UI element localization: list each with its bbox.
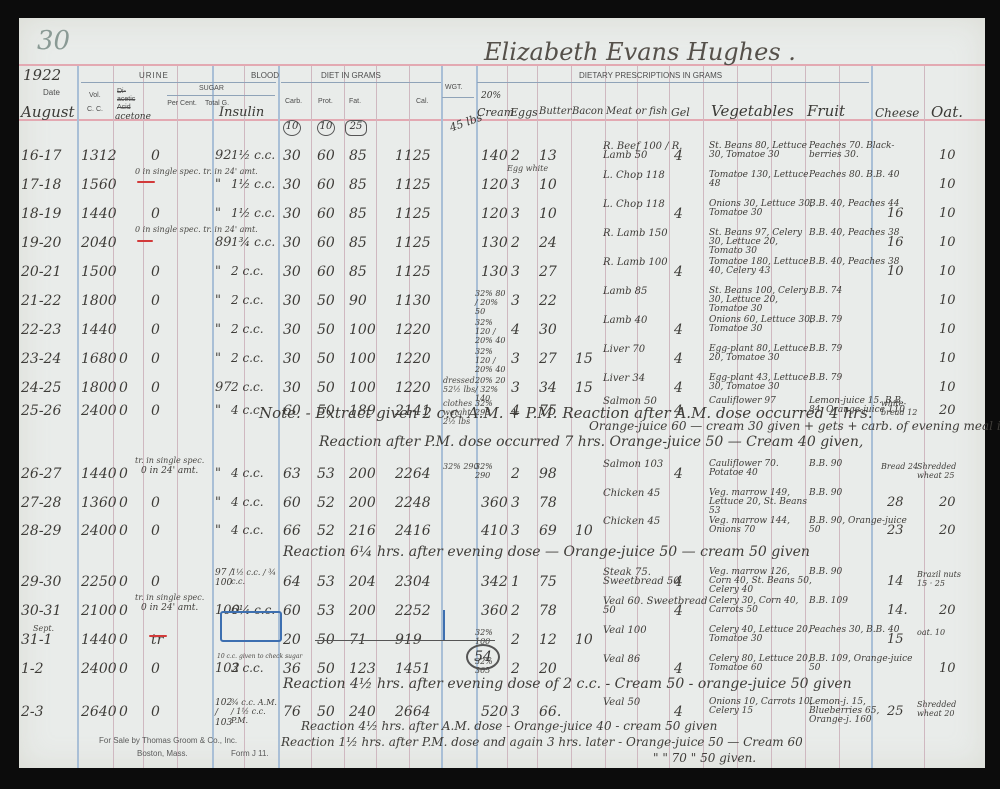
cell-vol: 2100 [81, 603, 117, 619]
cell-butter: 20 [539, 661, 557, 677]
cell-cream: 130 [481, 264, 508, 280]
cell-meat: Chicken 45 [603, 517, 660, 526]
header-butter: Butter [539, 106, 572, 117]
cell-insulin: 4 c.c. [231, 466, 264, 480]
note-2: Reaction after P.M. dose occurred 7 hrs.… [319, 434, 863, 450]
cell-vol: 1440 [81, 322, 117, 338]
cell-insulin: 2 c.c. [231, 380, 264, 394]
cell-meat: Veal 100 [603, 626, 647, 635]
cell-cal: 2248 [395, 495, 431, 511]
cell-prot: 60 [317, 177, 335, 193]
table-row: 30-31210000 in 24' amt.1006¼ c.c.6053200… [19, 603, 985, 625]
cell-meat: R. Lamb 100 [603, 258, 668, 267]
circled-weight: 54 [466, 644, 500, 670]
header-urine: URINE [139, 71, 169, 80]
header-dietary: DIETARY PRESCRIPTIONS IN GRAMS [579, 71, 722, 80]
cell-sugar: 0 [151, 403, 160, 419]
header-carb: Carb. [285, 98, 302, 105]
year: 1922 [23, 66, 61, 84]
header-eggs: Eggs [510, 106, 538, 119]
cell-veg: Celery 40, Lettuce 20, Tomatoe 30 [709, 626, 814, 644]
cell-butter: 78 [539, 495, 557, 511]
cell-vol: 1312 [81, 148, 117, 164]
cell-vol: 1440 [81, 632, 117, 648]
cell-acetone: 0 [119, 523, 128, 539]
cell-oat: 20 [939, 603, 956, 618]
cell-gel: 4 [674, 148, 683, 164]
cell-blood: 89 [215, 235, 232, 250]
cell-prot: 50 [317, 322, 335, 338]
cell-fat: 200 [349, 603, 376, 619]
cell-vol: 2400 [81, 661, 117, 677]
cell-fruit: B.B. 90 [809, 568, 842, 577]
cell-fruit: B.B. 40, Peaches 38 [809, 258, 899, 267]
patient-name: Elizabeth Evans Hughes . [484, 38, 796, 66]
cell-oat: 10 [939, 351, 956, 366]
cell-carb: 30 [283, 351, 301, 367]
cell-cream: 342 [481, 574, 508, 590]
table-row: 20-2115000"2 c.c.3060851125130327R. Lamb… [19, 264, 985, 286]
cell-cal: 1451 [395, 661, 431, 677]
cell-blood: " [215, 403, 221, 418]
cell-butter: 27 [539, 264, 557, 280]
cell-insulin: 2 c.c. [231, 351, 264, 365]
cell-carb: 63 [283, 466, 301, 482]
cell-prot: 60 [317, 235, 335, 251]
cell-eggs: 4 [511, 322, 520, 338]
cell-prot: 52 [317, 495, 335, 511]
circled-fat: 25 [345, 120, 367, 136]
cell-vol: 2640 [81, 704, 117, 720]
cell-oat: 20 [939, 523, 956, 538]
cell-insulin: 1¾ c.c. [231, 235, 275, 249]
cell-cream: 120 [481, 206, 508, 222]
red-underline [149, 635, 167, 637]
cell-prot: 60 [317, 206, 335, 222]
cell-meat: Veal 60. Sweetbread 50 [603, 597, 708, 615]
cell-cal: 1125 [395, 206, 431, 222]
cell-blood: " [215, 351, 221, 366]
header-cal: Cal. [416, 98, 428, 105]
cell-cream: 32% 80 / 20% 50 [475, 289, 509, 316]
cell-insulin: 1½ c.c. [231, 177, 275, 191]
cell-prot: 52 [317, 523, 335, 539]
cell-blood: " [215, 293, 221, 308]
cell-vol: 1440 [81, 466, 117, 482]
cell-blood: " [215, 495, 221, 510]
cell-cheese: 16 [887, 235, 904, 250]
cell-date: 24-25 [21, 380, 61, 396]
cell-fat: 85 [349, 148, 367, 164]
cell-insulin: 1½ c.c. [231, 148, 275, 162]
header-diet: DIET IN GRAMS [321, 71, 381, 80]
cell-gel: 4 [674, 704, 683, 720]
cell-eggs: 2 [511, 632, 520, 648]
cell-acetone: 0 [119, 704, 128, 720]
page-number: 30 [37, 26, 70, 56]
weight-note: 32% 290 [443, 462, 479, 471]
cell-oat: 10 [939, 235, 956, 250]
cell-butter: 10 [539, 177, 557, 193]
cell-insulin: 4 c.c. [231, 523, 264, 537]
cell-bacon: 10 [575, 523, 593, 539]
cell-insulin: 1½ c.c. [231, 206, 275, 220]
cell-carb: 36 [283, 661, 301, 677]
cell-veg: Tomatoe 180, Lettuce 40, Celery 43 [709, 258, 814, 276]
cell-eggs: 2 [511, 235, 520, 251]
header-wgt: WGT. [445, 84, 463, 91]
cell-meat: R. Beef 100 / R. Lamb 50 [603, 142, 708, 160]
header-cream-pct: 20% [481, 91, 501, 101]
cell-sugar: 0 [151, 380, 160, 396]
cell-carb: 30 [283, 293, 301, 309]
cell-butter: 69 [539, 523, 557, 539]
cell-eggs: 3 [511, 523, 520, 539]
cell-carb: 30 [283, 177, 301, 193]
cell-meat: L. Chop 118 [603, 171, 665, 180]
cell-butter: 12 [539, 632, 557, 648]
header-cream: Cream [477, 106, 514, 119]
cell-cheese: 10 [887, 264, 904, 279]
cell-prot: 50 [317, 293, 335, 309]
cell-carb: 30 [283, 148, 301, 164]
cell-fruit: B.B. 90 [809, 489, 842, 498]
cell-fruit: B.B. 109 [809, 597, 848, 606]
cell-date: 18-19 [21, 206, 61, 222]
cell-date: 30-31 [21, 603, 61, 619]
cell-meat: Liver 70 [603, 345, 645, 354]
cell-oat: 10 [939, 293, 956, 308]
header-diacetic: Di-acetic Acid [117, 88, 143, 112]
cell-veg: Veg. marrow 144, Onions 70 [709, 517, 814, 535]
cell-cheese: white-bread 12 [881, 399, 921, 417]
cell-oat: 10 [939, 661, 956, 676]
cell-fat: 85 [349, 264, 367, 280]
cell-oat: 10 [939, 322, 956, 337]
header-insulin: Insulin [219, 105, 264, 120]
footer-city: Boston, Mass. [137, 749, 188, 758]
cell-cal: 2304 [395, 574, 431, 590]
cell-cream: 360 [481, 603, 508, 619]
note-1b: Orange-juice 60 — cream 30 given + gets … [589, 419, 1000, 433]
cell-oat: 20 [939, 403, 956, 418]
cell-sugar: 0 [151, 264, 160, 280]
cell-prot: 50 [317, 661, 335, 677]
cell-cal: 1220 [395, 322, 431, 338]
cell-eggs: 2 [511, 603, 520, 619]
cell-gel: 4 [674, 380, 683, 396]
cell-meat: Liver 34 [603, 374, 645, 383]
cell-eggs: 2 [511, 148, 520, 164]
cell-blood: 97 [215, 380, 232, 395]
footer-form: Form J 11. [231, 749, 269, 758]
cell-fruit: B.B. 90 [809, 460, 842, 469]
cell-vol: 2400 [81, 403, 117, 419]
cell-veg: Celery 80, Lettuce 20, Tomatoe 60 [709, 655, 814, 673]
cell-acetone: 0 [119, 380, 128, 396]
cell-cream: 32% 290 [475, 462, 509, 480]
header-bacon: Bacon [572, 106, 603, 117]
cell-eggs: 2 [511, 466, 520, 482]
header-cc: C. C. [87, 106, 103, 113]
cell-date: 17-18 [21, 177, 61, 193]
cell-oat: 10 [939, 206, 956, 221]
cell-fruit: B.B. 40, Peaches 44 [809, 200, 899, 209]
cell-acetone: 0 [119, 574, 128, 590]
cell-vol: 2400 [81, 523, 117, 539]
cell-bacon: 15 [575, 380, 593, 396]
cell-fruit: Peaches 30, B.B. 40 [809, 626, 899, 635]
cell-butter: 10 [539, 206, 557, 222]
cell-carb: 30 [283, 264, 301, 280]
cell-cream: 32% 120 / 20% 40 [475, 318, 509, 345]
cell-cheese: 14. [887, 603, 908, 618]
cell-cream: 120 [481, 177, 508, 193]
cell-fruit: B.B. 79 [809, 374, 842, 383]
cell-sugar: 0 [151, 148, 160, 164]
cell-cheese: Bread 24 [881, 462, 921, 471]
note-4: Reaction 4½ hrs. after evening dose of 2… [283, 676, 852, 692]
cell-vol: 1800 [81, 293, 117, 309]
cell-veg: Egg-plant 80, Lettuce 20, Tomatoe 30 [709, 345, 814, 363]
cell-vol: 1360 [81, 495, 117, 511]
cell-eggs: 3 [511, 495, 520, 511]
cell-cheese: 14 [887, 574, 904, 589]
cell-eggs: 3 [511, 177, 520, 193]
cell-prot: 60 [317, 264, 335, 280]
cell-oat: 10 [939, 177, 956, 192]
cell-blood: " [215, 264, 221, 279]
cell-gel: 4 [674, 574, 683, 590]
cell-vol: 2250 [81, 574, 117, 590]
cell-sugar: 0 [151, 574, 160, 590]
date-note: Sept. [33, 624, 54, 633]
cell-meat: Salmon 103 [603, 460, 663, 469]
cell-insulin: 2 c.c. [231, 322, 264, 336]
cell-oat: 10 [939, 148, 956, 163]
cell-fruit: B.B. 109, Orange-juice 50 [809, 655, 914, 673]
header-sugar: SUGAR [199, 85, 224, 92]
cell-date: 21-22 [21, 293, 61, 309]
cell-blood: " [215, 466, 221, 481]
cell-oat: Brazil nuts 15 · 25 [917, 570, 961, 588]
cell-sugar: 0 [151, 293, 160, 309]
sugar-note: tr. in single spec. [135, 593, 204, 602]
cell-gel: 4 [674, 322, 683, 338]
cell-carb: 64 [283, 574, 301, 590]
table-row: 28-29240000"4 c.c.6652216241641036910Chi… [19, 523, 985, 545]
cell-veg: Egg-plant 43, Lettuce 30, Tomatoe 30 [709, 374, 814, 392]
cell-cream: 130 [481, 235, 508, 251]
cell-sugar: 0 in 24' amt. [141, 603, 198, 613]
cell-cream: 32% 120 / 20% 40 [475, 347, 509, 374]
cell-date: 23-24 [21, 351, 61, 367]
cell-insulin: 4 c.c. [231, 495, 264, 509]
cell-cal: 2264 [395, 466, 431, 482]
cell-vol: 1500 [81, 264, 117, 280]
cell-date: 20-21 [21, 264, 61, 280]
cell-sugar: 0 [151, 661, 160, 677]
cell-date: 22-23 [21, 322, 61, 338]
header-vol: Vol. [89, 92, 101, 99]
cell-cal: 1125 [395, 148, 431, 164]
cell-veg: Onions 30, Lettuce 30, Tomatoe 30 [709, 200, 814, 218]
cell-butter: 27 [539, 351, 557, 367]
cell-sugar: 0 in 24' amt. [141, 466, 198, 476]
month: August [21, 103, 74, 121]
cell-butter: 75 [539, 574, 557, 590]
cell-insulin: 1½ c.c. / ¾ c.c. [231, 568, 277, 586]
red-underline [137, 181, 155, 183]
cell-fruit: B.B. 74 [809, 287, 842, 296]
red-underline [137, 240, 153, 242]
cell-carb: 76 [283, 704, 301, 720]
cell-fruit: B.B. 40, Peaches 38 [809, 229, 899, 238]
cell-fat: 123 [349, 661, 376, 677]
note-3: Reaction 6¼ hrs. after evening dose — Or… [283, 544, 810, 560]
cell-meat: Steak 75. Sweetbread 50 [603, 568, 708, 586]
cell-cheese: 16 [887, 206, 904, 221]
cell-cal: 1220 [395, 380, 431, 396]
cell-veg: Celery 30, Corn 40, Carrots 50 [709, 597, 814, 615]
cell-carb: 30 [283, 380, 301, 396]
cell-butter: 34 [539, 380, 557, 396]
cell-fat: 200 [349, 495, 376, 511]
cell-meat: R. Lamb 150 [603, 229, 668, 238]
header-cheese: Cheese [875, 106, 919, 120]
cell-date: 16-17 [21, 148, 61, 164]
cell-acetone: 0 [119, 603, 128, 619]
cell-oat: 10 [939, 264, 956, 279]
cell-eggs: 3 [511, 206, 520, 222]
cell-carb: 66 [283, 523, 301, 539]
cell-oat: Shredded wheat 20 [917, 700, 961, 718]
cell-acetone: 0 [119, 351, 128, 367]
cell-cream: 410 [481, 523, 508, 539]
cell-cal: 2664 [395, 704, 431, 720]
egg-note: Egg white [507, 164, 548, 173]
header-vegetables: Vegetables [711, 102, 794, 120]
cell-meat: Veal 50 [603, 698, 640, 707]
cell-blood: " [215, 322, 221, 337]
cell-eggs: 2 [511, 661, 520, 677]
cell-blood: " [215, 177, 221, 192]
cell-vol: 1440 [81, 206, 117, 222]
cell-insulin: 3 c.c. [231, 661, 264, 675]
cell-acetone: 0 [119, 466, 128, 482]
cell-carb: 30 [283, 322, 301, 338]
cell-cal: 2416 [395, 523, 431, 539]
cell-butter: 13 [539, 148, 557, 164]
cell-fat: 240 [349, 704, 376, 720]
cell-prot: 50 [317, 380, 335, 396]
cell-fat: 85 [349, 235, 367, 251]
cell-prot: 50 [317, 351, 335, 367]
cell-date: 27-28 [21, 495, 61, 511]
cell-butter: 30 [539, 322, 557, 338]
cell-veg: Cauliflower 70. Potatoe 40 [709, 460, 814, 478]
cell-fruit: Peaches 80. B.B. 40 [809, 171, 899, 180]
cell-gel: 4 [674, 351, 683, 367]
cell-cream: 520 [481, 704, 508, 720]
table-row: 17-181560"1½ c.c.3060851125120310L. Chop… [19, 177, 985, 199]
cell-fruit: Peaches 70. Black-berries 30. [809, 142, 914, 160]
note-6: Reaction 1½ hrs. after P.M. dose and aga… [281, 735, 803, 749]
circled-prot: 10 [317, 120, 335, 136]
cell-date: 28-29 [21, 523, 61, 539]
cell-butter: 78 [539, 603, 557, 619]
header-prot: Prot. [318, 98, 333, 105]
cell-cal: 1125 [395, 264, 431, 280]
cell-vol: 1560 [81, 177, 117, 193]
cell-sugar: 0 [151, 351, 160, 367]
cell-veg: Veg. marrow 149, Lettuce 20, St. Beans 5… [709, 489, 814, 516]
cell-blood: " [215, 523, 221, 538]
cell-oat: Shredded wheat 25 [917, 462, 961, 480]
cell-vol: 1800 [81, 380, 117, 396]
cell-gel: 4 [674, 466, 683, 482]
cell-veg: Veg. marrow 126, Corn 40, St. Beans 50, … [709, 568, 814, 595]
cell-carb: 20 [283, 632, 301, 648]
cell-eggs: 3 [511, 264, 520, 280]
cell-butter: 24 [539, 235, 557, 251]
header-oat: Oat. [931, 103, 963, 121]
cell-prot: 53 [317, 466, 335, 482]
cell-meat: Lamb 40 [603, 316, 647, 325]
cell-sugar: 0 [151, 322, 160, 338]
cell-sugar: 0 [151, 523, 160, 539]
cell-date: 2-3 [21, 704, 44, 720]
cell-eggs: 3 [511, 380, 520, 396]
cell-vol: 2040 [81, 235, 117, 251]
cell-eggs: 1 [511, 574, 520, 590]
cell-sugar: 0 [151, 704, 160, 720]
blue-box-marking [220, 611, 282, 642]
cell-gel: 4 [674, 206, 683, 222]
cell-cal: 1130 [395, 293, 431, 309]
header-fat: Fat. [349, 98, 361, 105]
cell-fruit: B.B. 79 [809, 345, 842, 354]
cell-veg: Onions 10, Carrots 10, Celery 15 [709, 698, 814, 716]
record-sheet: 30 Elizabeth Evans Hughes . 1922 Date Au… [19, 18, 985, 768]
cell-date: 29-30 [21, 574, 61, 590]
table-row: 22-2314400"2 c.c.3050100122032% 120 / 20… [19, 322, 985, 344]
cell-cream: 140 [481, 148, 508, 164]
table-row: 19-202040891¾ c.c.3060851125130224R. Lam… [19, 235, 985, 257]
cell-fat: 100 [349, 380, 376, 396]
cell-meat: Veal 86 [603, 655, 640, 664]
cell-insulin: 2 c.c. [231, 264, 264, 278]
cell-blood: " [215, 206, 221, 221]
sugar-note: 0 in single spec. tr. in 24' amt. [135, 167, 258, 176]
cell-prot: 53 [317, 603, 335, 619]
table-row: 27-28136000"4 c.c.60522002248360378Chick… [19, 495, 985, 517]
cell-fruit: B.B. 79 [809, 316, 842, 325]
cell-acetone: 0 [119, 632, 128, 648]
cell-blood: 92 [215, 148, 232, 163]
cell-cal: 1220 [395, 351, 431, 367]
cell-fat: 100 [349, 322, 376, 338]
cell-acetone: 0 [119, 403, 128, 419]
cell-eggs: 3 [511, 351, 520, 367]
cell-fat: 204 [349, 574, 376, 590]
cell-cheese: 28 [887, 495, 904, 510]
cell-cal: 2252 [395, 603, 431, 619]
cell-veg: St. Beans 80, Lettuce 30, Tomatoe 30 [709, 142, 814, 160]
cell-butter: 22 [539, 293, 557, 309]
sugar-note: 0 in single spec. tr. in 24' amt. [135, 225, 258, 234]
cell-cream: 360 [481, 495, 508, 511]
